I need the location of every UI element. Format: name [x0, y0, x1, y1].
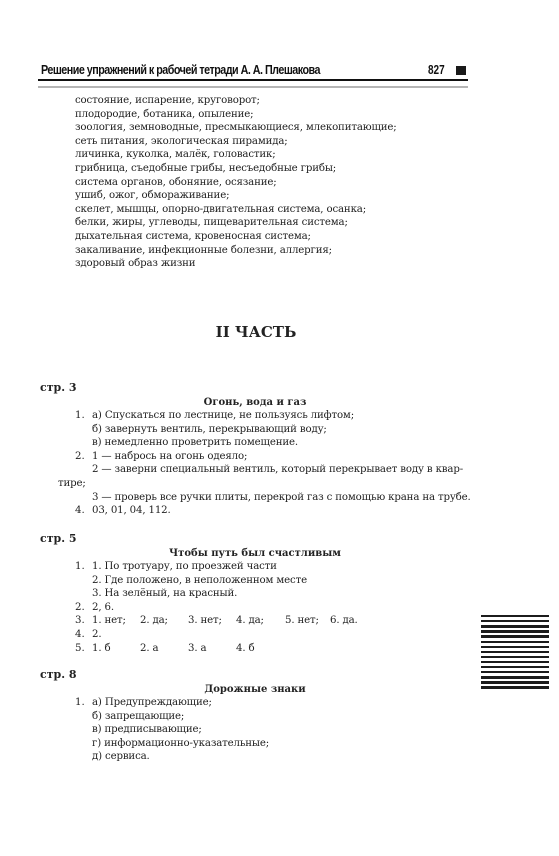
square-marker-icon — [456, 66, 466, 75]
glossary-line: закаливание, инфекционные болезни, аллер… — [75, 244, 332, 258]
stripe — [481, 666, 549, 668]
answer-line: а) Предупреждающие; — [92, 696, 212, 710]
thumb-index-stripes — [481, 615, 549, 689]
answer-cell: 4. да; — [236, 614, 264, 628]
glossary-line: плодородие, ботаника, опыление; — [75, 108, 253, 122]
stripe — [481, 635, 549, 637]
header-rule-black — [38, 79, 468, 81]
answer-cell: 2. да; — [140, 614, 168, 628]
answer-line: а) Спускаться по лестнице, не пользуясь … — [92, 409, 354, 423]
answer-line: 2 — заверни специальный вентиль, который… — [92, 463, 463, 477]
running-header-title: Решение упражнений к рабочей тетради А. … — [41, 63, 320, 77]
section-title: Огонь, вода и газ — [0, 397, 510, 408]
glossary-line: ушиб, ожог, обмораживание; — [75, 189, 229, 203]
item-number: 3. — [75, 614, 85, 628]
section-title: Дорожные знаки — [0, 684, 510, 695]
item-number: 1. — [75, 409, 85, 423]
item-number: 5. — [75, 642, 85, 656]
glossary-line: система органов, обоняние, осязание; — [75, 176, 277, 190]
glossary-line: грибница, съедобные грибы, несъедобные г… — [75, 162, 336, 176]
glossary-line: личинка, куколка, малёк, головастик; — [75, 148, 276, 162]
answer-cell: 2. а — [140, 642, 158, 656]
stripe — [481, 661, 549, 663]
glossary-line: сеть питания, экологическая пирамида; — [75, 135, 288, 149]
answer-cell: 3. а — [188, 642, 206, 656]
section-title: Чтобы путь был счастливым — [0, 548, 510, 559]
stripe — [481, 671, 549, 673]
answer-line: 3 — проверь все ручки плиты, перекрой га… — [92, 491, 471, 505]
answer-line: 3. На зелёный, на красный. — [92, 587, 237, 601]
answer-cell: 1. нет; — [92, 614, 126, 628]
answer-line: б) завернуть вентиль, перекрывающий воду… — [92, 423, 327, 437]
page-number: 827 — [428, 63, 445, 77]
stripe — [481, 651, 549, 653]
answer-line: 2. — [92, 628, 101, 642]
stripe — [481, 625, 549, 627]
answer-line: 1 — набрось на огонь одеяло; — [92, 450, 247, 464]
stripe — [481, 620, 549, 622]
answer-line: в) немедленно проветрить помещение. — [92, 436, 298, 450]
stripe — [481, 641, 549, 643]
answer-line: в) предписывающие; — [92, 723, 202, 737]
glossary-line: здоровый образ жизни — [75, 257, 195, 271]
item-number: 1. — [75, 560, 85, 574]
part-heading: II ЧАСТЬ — [0, 323, 512, 341]
glossary-line: дыхательная система, кровеносная система… — [75, 230, 311, 244]
answer-cell: 4. б — [236, 642, 255, 656]
stripe — [481, 656, 549, 658]
answer-cell: 1. б — [92, 642, 111, 656]
answer-line: 03, 01, 04, 112. — [92, 504, 171, 518]
glossary-line: скелет, мышцы, опорно-двигательная систе… — [75, 203, 366, 217]
item-number: 2. — [75, 450, 85, 464]
item-number: 4. — [75, 628, 85, 642]
answer-line: 2, 6. — [92, 601, 114, 615]
header-rule-gray — [38, 86, 468, 88]
answer-line: тире; — [58, 477, 86, 491]
item-number: 2. — [75, 601, 85, 615]
stripe — [481, 646, 549, 648]
answer-cell: 5. нет; — [285, 614, 319, 628]
glossary-line: белки, жиры, углеводы, пищеварительная с… — [75, 216, 348, 230]
stripe — [481, 676, 549, 678]
page-reference: стр. 5 — [40, 532, 77, 545]
glossary-line: зоология, земноводные, пресмыкающиеся, м… — [75, 121, 397, 135]
stripe — [481, 615, 549, 617]
answer-line: 2. Где положено, в неположенном месте — [92, 574, 307, 588]
item-number: 1. — [75, 696, 85, 710]
stripe — [481, 630, 549, 632]
stripe — [481, 681, 549, 683]
item-number: 4. — [75, 504, 85, 518]
answer-cell: 6. да. — [330, 614, 358, 628]
page-reference: стр. 3 — [40, 381, 77, 394]
answer-cell: 3. нет; — [188, 614, 222, 628]
answer-line: г) информационно-указательные; — [92, 737, 269, 751]
stripe — [481, 686, 549, 688]
answer-line: б) запрещающие; — [92, 710, 184, 724]
page-reference: стр. 8 — [40, 668, 77, 681]
answer-line: д) сервиса. — [92, 750, 150, 764]
answer-line: 1. По тротуару, по проезжей части — [92, 560, 277, 574]
glossary-line: состояние, испарение, круговорот; — [75, 94, 260, 108]
